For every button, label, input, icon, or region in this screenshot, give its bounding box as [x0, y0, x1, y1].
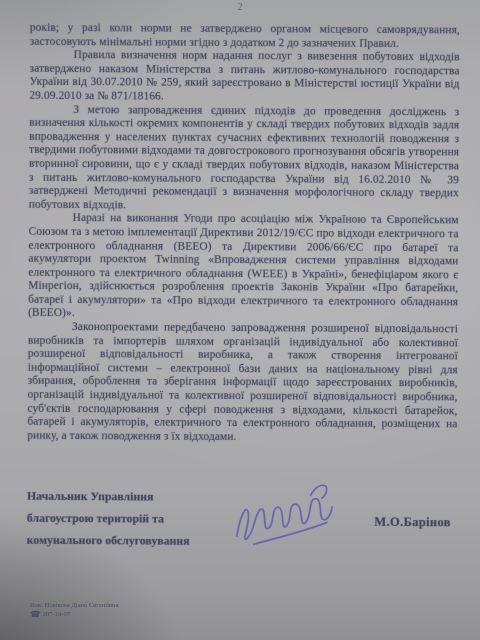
signature-block: Начальник Управління благоустрою територ… — [26, 485, 457, 580]
page-number: 2 — [0, 0, 480, 19]
body-text: років; у разі коли норми не затверджено … — [27, 22, 460, 446]
paragraph: Законопроектами передбачено запровадженн… — [27, 321, 458, 446]
paragraph: років; у разі коли норми не затверджено … — [30, 22, 460, 52]
phone-number: 207-18-07 — [43, 611, 70, 618]
page-content: 2 років; у разі коли норми не затверджен… — [0, 0, 480, 580]
executor-name: Вик: Новікова Діана Євгеніївна — [30, 601, 119, 610]
paragraph: Наразі на виконання Угоди про асоціацію … — [28, 212, 459, 323]
telephone-icon: ☎ — [30, 609, 41, 619]
signature-icon — [220, 468, 351, 565]
executor-footer: Вик: Новікова Діана Євгеніївна ☎207-18-0… — [30, 601, 119, 619]
paragraph: Правила визначення норм надання послуг з… — [29, 49, 459, 106]
executor-phone: ☎207-18-07 — [30, 610, 119, 619]
signer-name: М.О.Барінов — [374, 515, 451, 530]
paragraph: З метою запровадження єдиних підходів до… — [29, 103, 460, 214]
photographed-document-page: 2 років; у разі коли норми не затверджен… — [0, 0, 480, 640]
